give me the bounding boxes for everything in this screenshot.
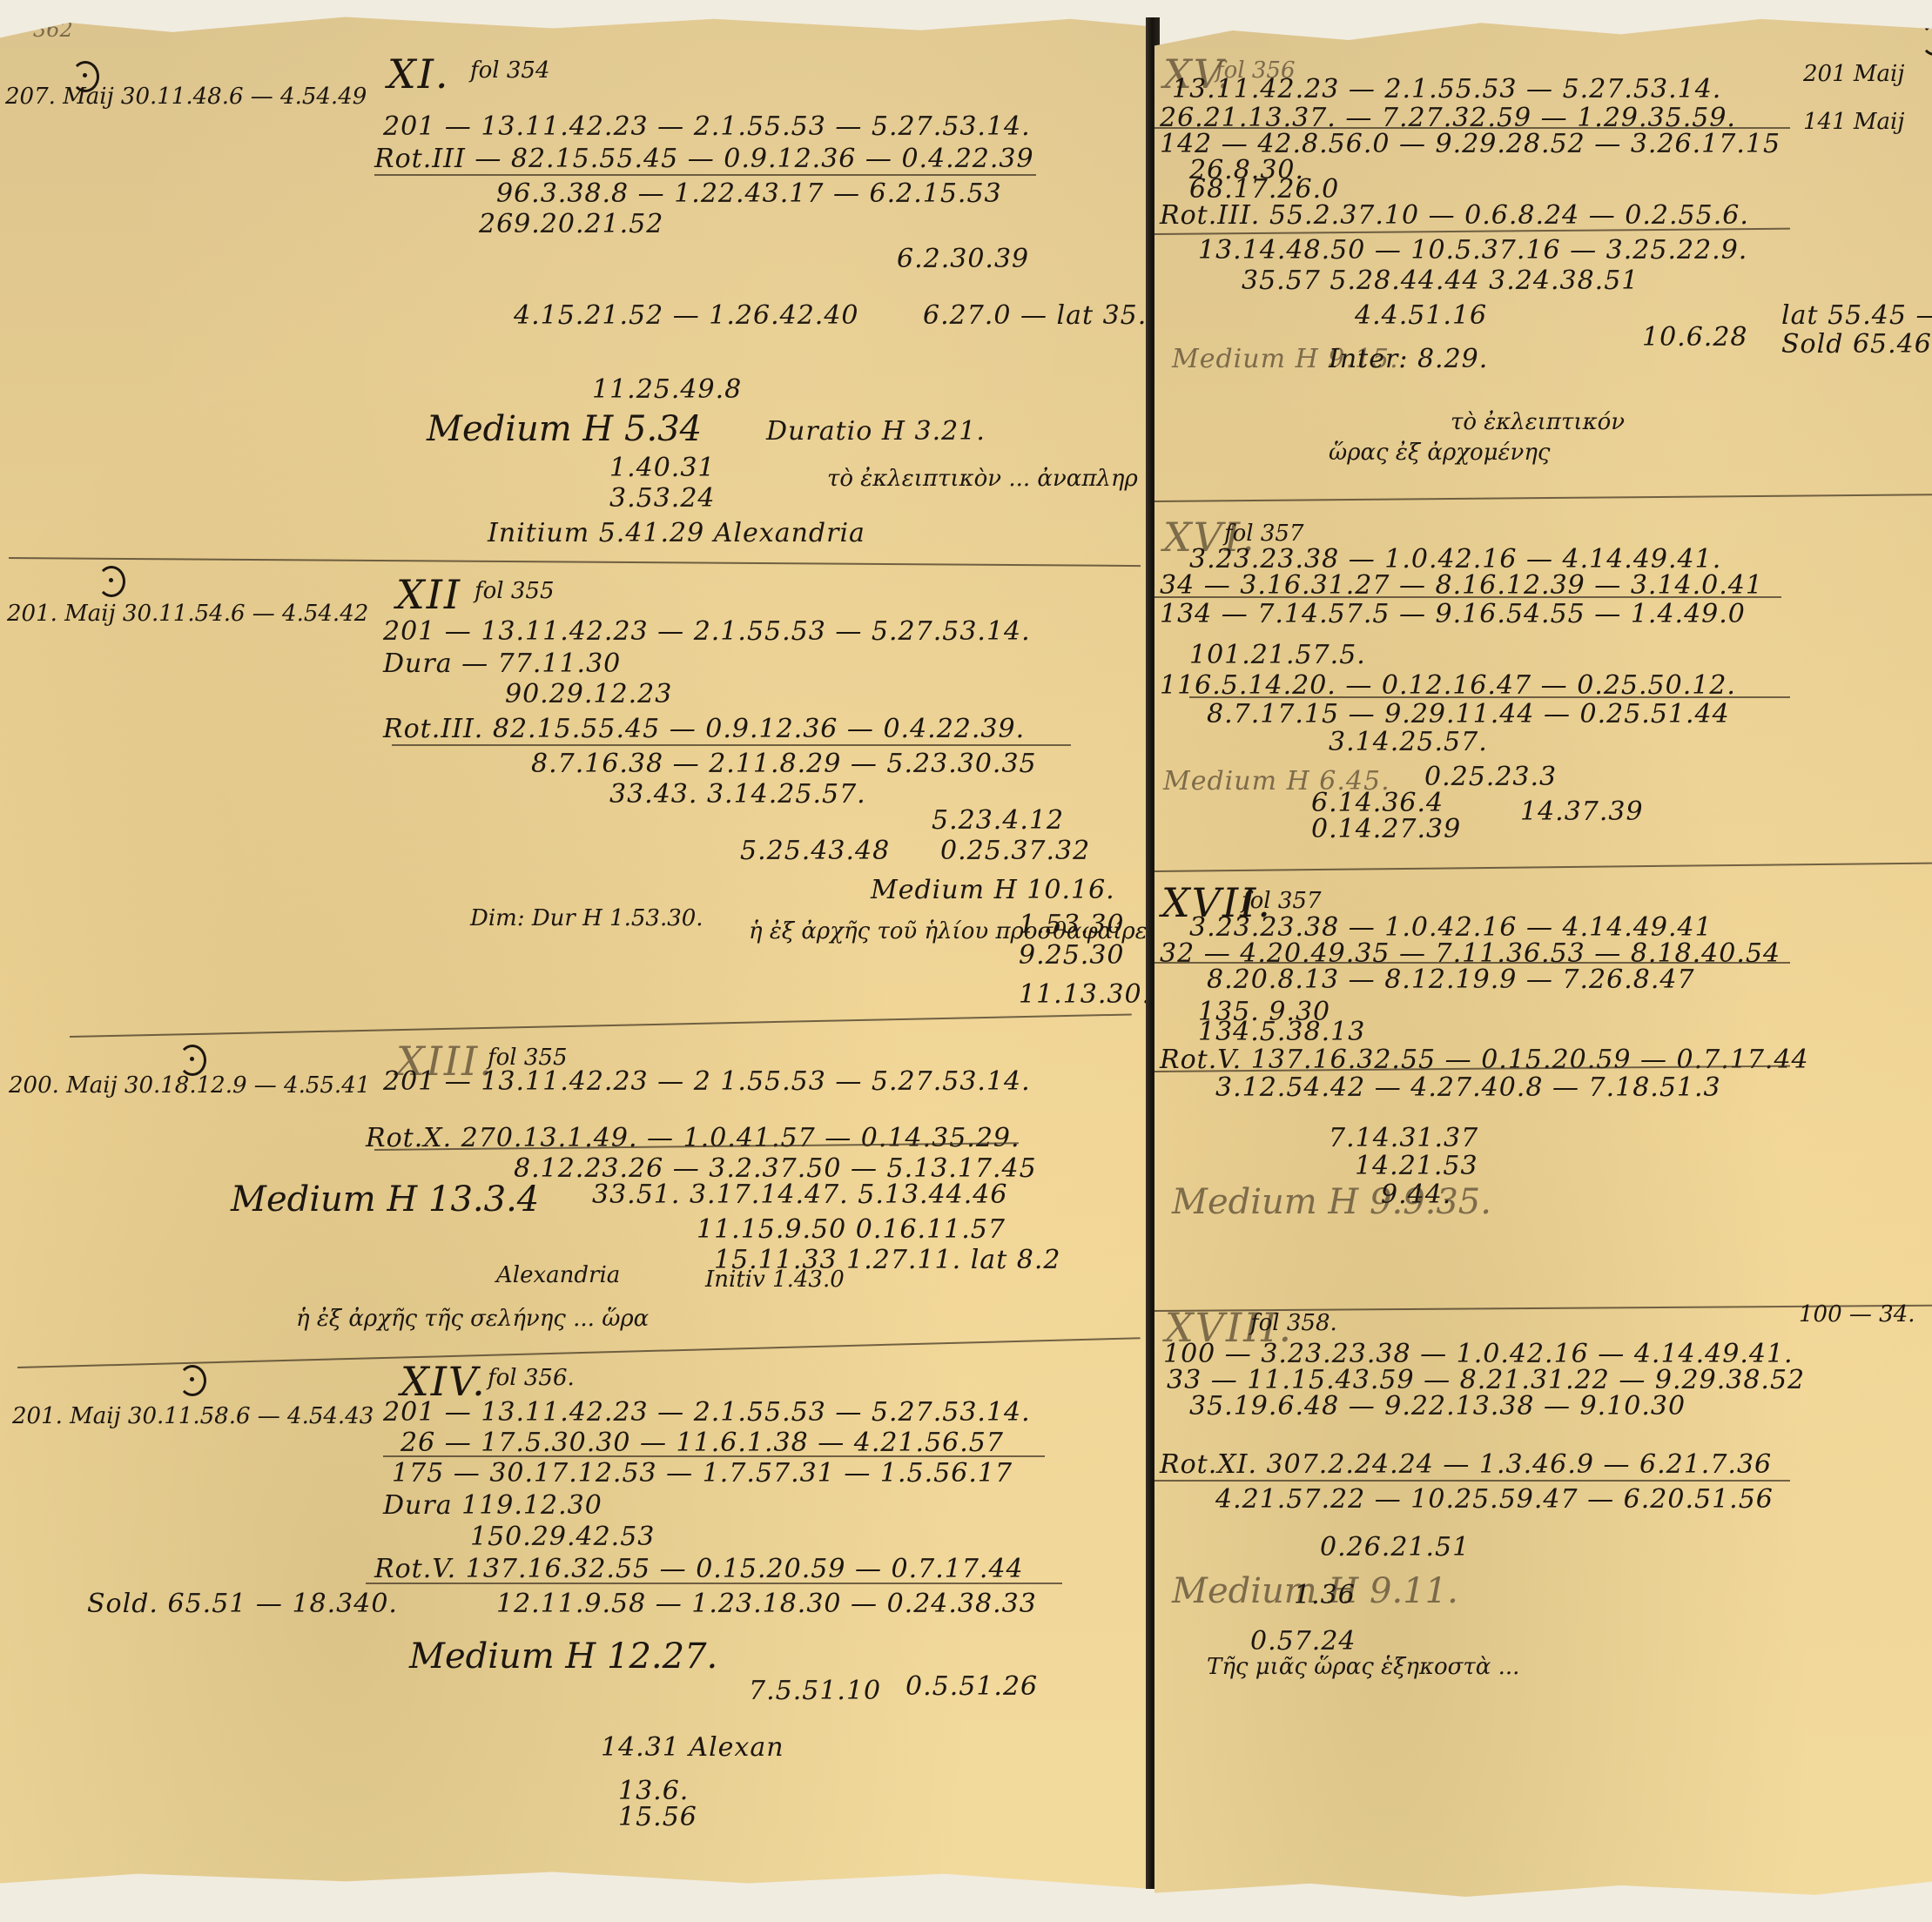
greek-note: τὸ ἐκλειπτικόν <box>1451 409 1625 435</box>
manuscript-line: 11.15.9.50 0.16.11.57 <box>697 1214 1006 1245</box>
manuscript-line: 4.15.21.52 — 1.26.42.40 <box>514 300 859 331</box>
manuscript-line: 13.14.48.50 — 10.5.37.16 — 3.25.22.9. <box>1198 235 1747 265</box>
manuscript-line: Rot.III — 82.15.55.45 — 0.9.12.36 — 0.4.… <box>374 144 1034 174</box>
manuscript-line: 5.25.43.48 <box>740 836 890 866</box>
margin-note: 201 Maij <box>1803 61 1904 87</box>
manuscript-line: 200. Maij 30.18.12.9 — 4.55.41 <box>9 1072 370 1099</box>
medium-heading: Medium H 6.45. <box>1163 766 1390 796</box>
manuscript-line: 134 — 7.14.57.5 — 9.16.54.55 — 1.4.49.0 <box>1160 599 1746 629</box>
manuscript-line: 175 — 30.17.12.53 — 1.7.57.31 — 1.5.56.1… <box>392 1458 1013 1489</box>
manuscript-line: 7.14.31.37 <box>1329 1123 1478 1153</box>
manuscript-line: 33.43. 3.14.25.57. <box>609 779 866 810</box>
section-divider <box>1154 863 1932 872</box>
divider-rule <box>366 1583 1062 1584</box>
divider-rule <box>1154 596 1781 598</box>
manuscript-line: 9.44. <box>1381 1179 1451 1210</box>
section-folio: fol 355 <box>475 578 554 604</box>
manuscript-line: Initium 5.41.29 Alexandria <box>488 518 865 548</box>
section-folio: fol 357 <box>1242 888 1321 914</box>
section-folio: fol 354 <box>470 57 549 84</box>
manuscript-line: 5.23.4.12 <box>932 805 1064 836</box>
manuscript-line: 3.53.24 <box>609 483 716 514</box>
divider-rule <box>1154 1480 1790 1482</box>
manuscript-line: 0.5.51.26 <box>905 1671 1038 1702</box>
manuscript-line: 90.29.12.23 <box>505 679 672 709</box>
manuscript-line: 14.21.53 <box>1355 1151 1478 1181</box>
section-divider <box>1154 494 1932 502</box>
manuscript-line: 11.25.49.8 <box>592 374 742 405</box>
margin-note: 141 Maij <box>1803 109 1904 135</box>
manuscript-line: 0.25.37.32 <box>940 836 1090 866</box>
greek-note: ὥρας ἐξ ἀρχομένης <box>1329 440 1550 466</box>
medium-heading: Medium H 10.16. <box>871 875 1115 905</box>
manuscript-line: Dura 119.12.30 <box>383 1490 602 1521</box>
divider-rule <box>383 1455 1045 1457</box>
manuscript-line: Dim: Dur H 1.53.30. <box>470 905 703 931</box>
manuscript-line: 14.37.39 <box>1520 796 1644 827</box>
left-manuscript-page: 362 XI. fol 354 207. Maij 30.11.48.6 — 4… <box>0 0 1151 1889</box>
divider-rule <box>1189 696 1790 698</box>
right-manuscript-page: XV. fol 356 13.11.42.23 — 2.1.55.53 — 5.… <box>1154 0 1932 1906</box>
manuscript-line: 33.51. 3.17.14.47. 5.13.44.46 <box>592 1179 1007 1210</box>
divider-rule <box>1154 962 1790 964</box>
manuscript-line: Alexandria <box>496 1262 620 1288</box>
manuscript-line: 35.57 5.28.44.44 3.24.38.51 <box>1242 265 1639 296</box>
page-number: 362 <box>33 17 73 42</box>
section-numeral-xii: XII <box>396 571 461 618</box>
manuscript-line: 3.12.54.42 — 4.27.40.8 — 7.18.51.3 <box>1215 1072 1721 1103</box>
manuscript-line: Rot.XI. 307.2.24.24 — 1.3.46.9 — 6.21.7.… <box>1160 1449 1772 1480</box>
manuscript-line: 6.2.30.39 <box>897 244 1029 274</box>
manuscript-line: 134.5.38.13 <box>1198 1017 1365 1047</box>
divider-rule <box>392 744 1071 746</box>
section-folio: fol 357 <box>1224 521 1303 547</box>
manuscript-line: 201 — 13.11.42.23 — 2.1.55.53 — 5.27.53.… <box>383 616 1031 647</box>
medium-heading: Medium H 13.3.4 <box>231 1179 539 1220</box>
manuscript-line: 207. Maij 30.11.48.6 — 4.54.49 <box>5 84 367 110</box>
manuscript-line: 0.25.23.3 <box>1424 762 1557 792</box>
manuscript-line: Rot.III. 55.2.37.10 — 0.6.8.24 — 0.2.55.… <box>1160 200 1749 231</box>
manuscript-line: 201 — 13.11.42.23 — 2 1.55.53 — 5.27.53.… <box>383 1066 1031 1097</box>
greek-note: τὸ ἐκλειπτικὸν ... ἀναπληρ <box>827 466 1138 492</box>
manuscript-line: 1.36 <box>1294 1580 1356 1610</box>
manuscript-line: 10.6.28 <box>1642 322 1748 353</box>
section-divider <box>70 1013 1132 1038</box>
medium-heading: Medium H 5.34 <box>427 409 702 449</box>
manuscript-line: 201 — 13.11.42.23 — 2.1.55.53 — 5.27.53.… <box>383 1397 1031 1428</box>
greek-note: Τῆς μιᾶς ὥρας ἑξηκοστὰ ... <box>1207 1654 1519 1680</box>
manuscript-line: 4.21.57.22 — 10.25.59.47 — 6.20.51.56 <box>1215 1484 1774 1515</box>
manuscript-line: 8.7.16.38 — 2.11.8.29 — 5.23.30.35 <box>531 749 1037 779</box>
manuscript-line: Rot.III. 82.15.55.45 — 0.9.12.36 — 0.4.2… <box>383 714 1025 744</box>
section-folio: fol 358. <box>1250 1310 1337 1336</box>
greek-note: ἡ ἐξ ἀρχῆς τῆς σελήνης ... ὥρα <box>296 1306 649 1332</box>
manuscript-line: 1.40.31 <box>609 453 716 483</box>
manuscript-line: Rot.V. 137.16.32.55 — 0.15.20.59 — 0.7.1… <box>374 1554 1024 1584</box>
manuscript-line: Sold. 65.51 — 18.340. <box>87 1589 398 1619</box>
moon-symbol-icon <box>178 1365 206 1396</box>
manuscript-line: 201. Maij 30.11.54.6 — 4.54.42 <box>7 601 368 627</box>
margin-note: 100 — 34. <box>1799 1301 1915 1327</box>
manuscript-line: 6.27.0 — lat 35.4 <box>923 300 1164 331</box>
manuscript-line: 26 — 17.5.30.30 — 11.6.1.38 — 4.21.56.57 <box>401 1428 1004 1458</box>
manuscript-line: 269.20.21.52 <box>479 209 663 239</box>
manuscript-line: 96.3.38.8 — 1.22.43.17 — 6.2.15.53 <box>496 178 1002 209</box>
manuscript-line: 35.19.6.48 — 9.22.13.38 — 9.10.30 <box>1189 1391 1686 1421</box>
manuscript-line: Dura — 77.11.30 <box>383 649 621 679</box>
moon-symbol-icon <box>178 1045 206 1076</box>
manuscript-line: Initiv 1.43.0 <box>705 1267 845 1293</box>
manuscript-line: 101.21.57.5. <box>1189 640 1366 670</box>
greek-note: ἡ ἐξ ἀρχῆς τοῦ ἡλίου προσθαφαίρεσις <box>749 918 1184 944</box>
manuscript-line: 0.57.24 <box>1250 1626 1356 1657</box>
medium-heading: Medium H 12.27. <box>409 1636 717 1677</box>
moon-symbol-icon <box>98 566 125 597</box>
divider-rule <box>374 174 1036 176</box>
section-divider <box>17 1337 1141 1368</box>
manuscript-line: 0.14.27.39 <box>1311 814 1461 844</box>
moon-symbol-icon <box>1921 24 1932 56</box>
section-divider <box>9 557 1141 567</box>
manuscript-line: 11.13.30. <box>1019 979 1151 1010</box>
manuscript-line: Inter: 8.29. <box>1329 344 1488 374</box>
section-folio: fol 356. <box>488 1365 575 1391</box>
manuscript-line: 0.26.21.51 <box>1320 1532 1470 1562</box>
section-numeral-xi: XI. <box>387 50 450 97</box>
manuscript-line: 14.31 Alexan <box>601 1732 784 1763</box>
manuscript-line: 8.7.17.15 — 9.29.11.44 — 0.25.51.44 <box>1207 699 1730 729</box>
duratio-line: Duratio H 3.21. <box>766 416 986 447</box>
manuscript-line: 150.29.42.53 <box>470 1522 655 1552</box>
manuscript-line: 8.20.8.13 — 8.12.19.9 — 7.26.8.47 <box>1207 964 1695 995</box>
manuscript-line: 9.25.30 <box>1019 940 1125 971</box>
manuscript-line: 15.56 <box>618 1802 697 1832</box>
manuscript-line: 3.14.25.57. <box>1329 727 1488 757</box>
manuscript-line: 201 — 13.11.42.23 — 2.1.55.53 — 5.27.53.… <box>383 111 1031 142</box>
manuscript-line: 4.4.51.16 <box>1355 300 1487 331</box>
manuscript-line: 13.11.42.23 — 2.1.55.53 — 5.27.53.14. <box>1172 74 1721 104</box>
manuscript-line: 201. Maij 30.11.58.6 — 4.54.43 <box>12 1403 374 1429</box>
manuscript-line: 12.11.9.58 — 1.23.18.30 — 0.24.38.33 <box>496 1589 1037 1619</box>
manuscript-line: 7.5.51.10 <box>749 1676 881 1706</box>
